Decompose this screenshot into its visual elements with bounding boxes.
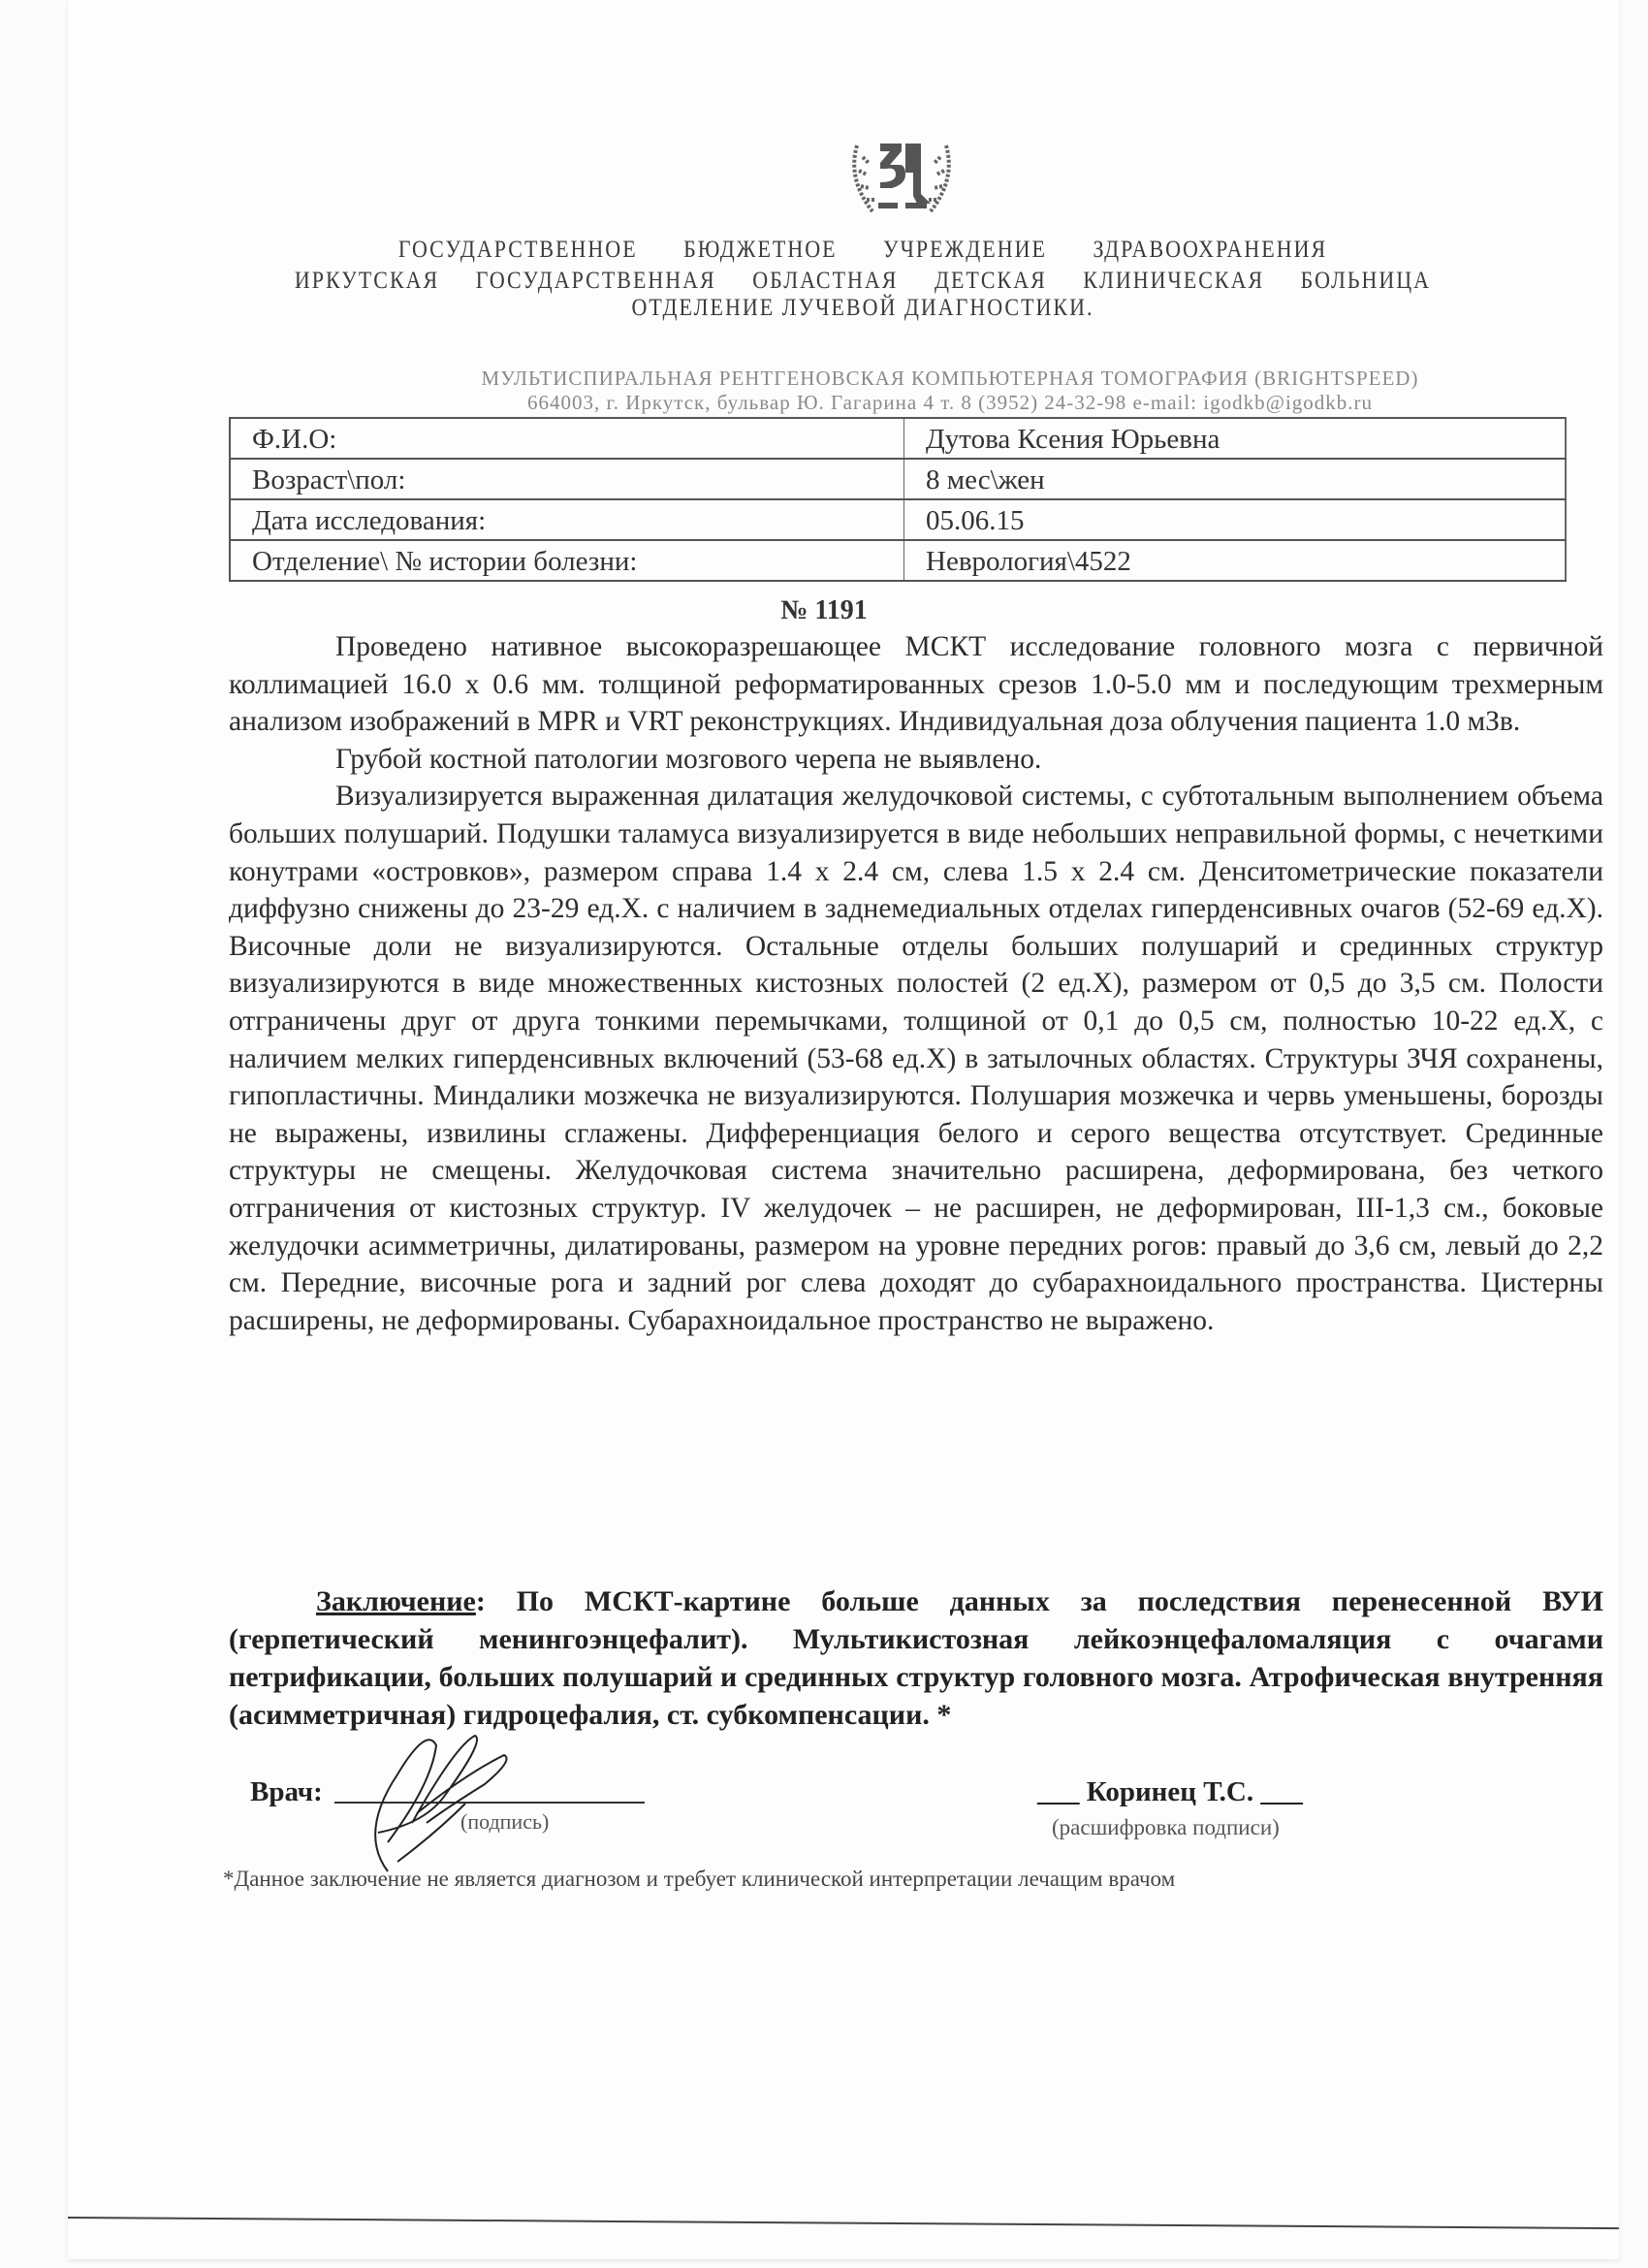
- paragraph-bone: Грубой костной патологии мозгового череп…: [229, 741, 1603, 779]
- table-row: Отделение\ № истории болезни: Неврология…: [230, 540, 1566, 581]
- decode-caption: (расшифровка подписи): [1052, 1815, 1280, 1840]
- department-line: Отделение лучевой диагностики.: [233, 293, 1493, 322]
- paragraph-technique: Проведено нативное высокоразрешающее МСК…: [229, 628, 1603, 741]
- paragraph-findings: Визуализируется выраженная дилатация жел…: [229, 778, 1603, 1339]
- contact-address: 664003, г. Иркутск, бульвар Ю. Гагарина …: [320, 391, 1580, 415]
- department-history-number: Неврология\4522: [904, 540, 1567, 581]
- doctor-name: ___ Коринец Т.С. ___: [1037, 1776, 1303, 1808]
- report-number: № 1191: [0, 595, 1648, 626]
- table-row: Дата исследования: 05.06.15: [230, 499, 1566, 540]
- institution-line-2: Иркутская государственная областная детс…: [233, 266, 1493, 295]
- patient-name: Дутова Ксения Юрьевна: [904, 418, 1567, 459]
- row-label: Отделение\ № истории болезни:: [230, 540, 904, 581]
- patient-age-sex: 8 мес\жен: [904, 459, 1567, 499]
- table-row: Ф.И.О: Дутова Ксения Юрьевна: [230, 418, 1566, 459]
- table-row: Возраст\пол: 8 мес\жен: [230, 459, 1566, 499]
- conclusion-label: Заключение: [316, 1585, 476, 1617]
- doctor-label: Врач:: [250, 1776, 323, 1808]
- institution-line-1: Государственное бюджетное учреждение здр…: [233, 235, 1493, 264]
- study-date: 05.06.15: [904, 499, 1567, 540]
- disclaimer-footnote: *Данное заключение не является диагнозом…: [223, 1867, 1629, 1892]
- conclusion: Заключение: По МСКТ-картине больше данны…: [229, 1582, 1603, 1734]
- report-body: Проведено нативное высокоразрешающее МСК…: [229, 628, 1603, 1339]
- equipment-subtitle: Мультиспиральная рентгеновская компьютер…: [320, 367, 1580, 391]
- handwritten-signature-icon: [320, 1716, 543, 1881]
- row-label: Возраст\пол:: [230, 459, 904, 499]
- medical-emblem-icon: [843, 136, 960, 223]
- row-label: Ф.И.О:: [230, 418, 904, 459]
- row-label: Дата исследования:: [230, 499, 904, 540]
- patient-info-table: Ф.И.О: Дутова Ксения Юрьевна Возраст\пол…: [229, 417, 1567, 582]
